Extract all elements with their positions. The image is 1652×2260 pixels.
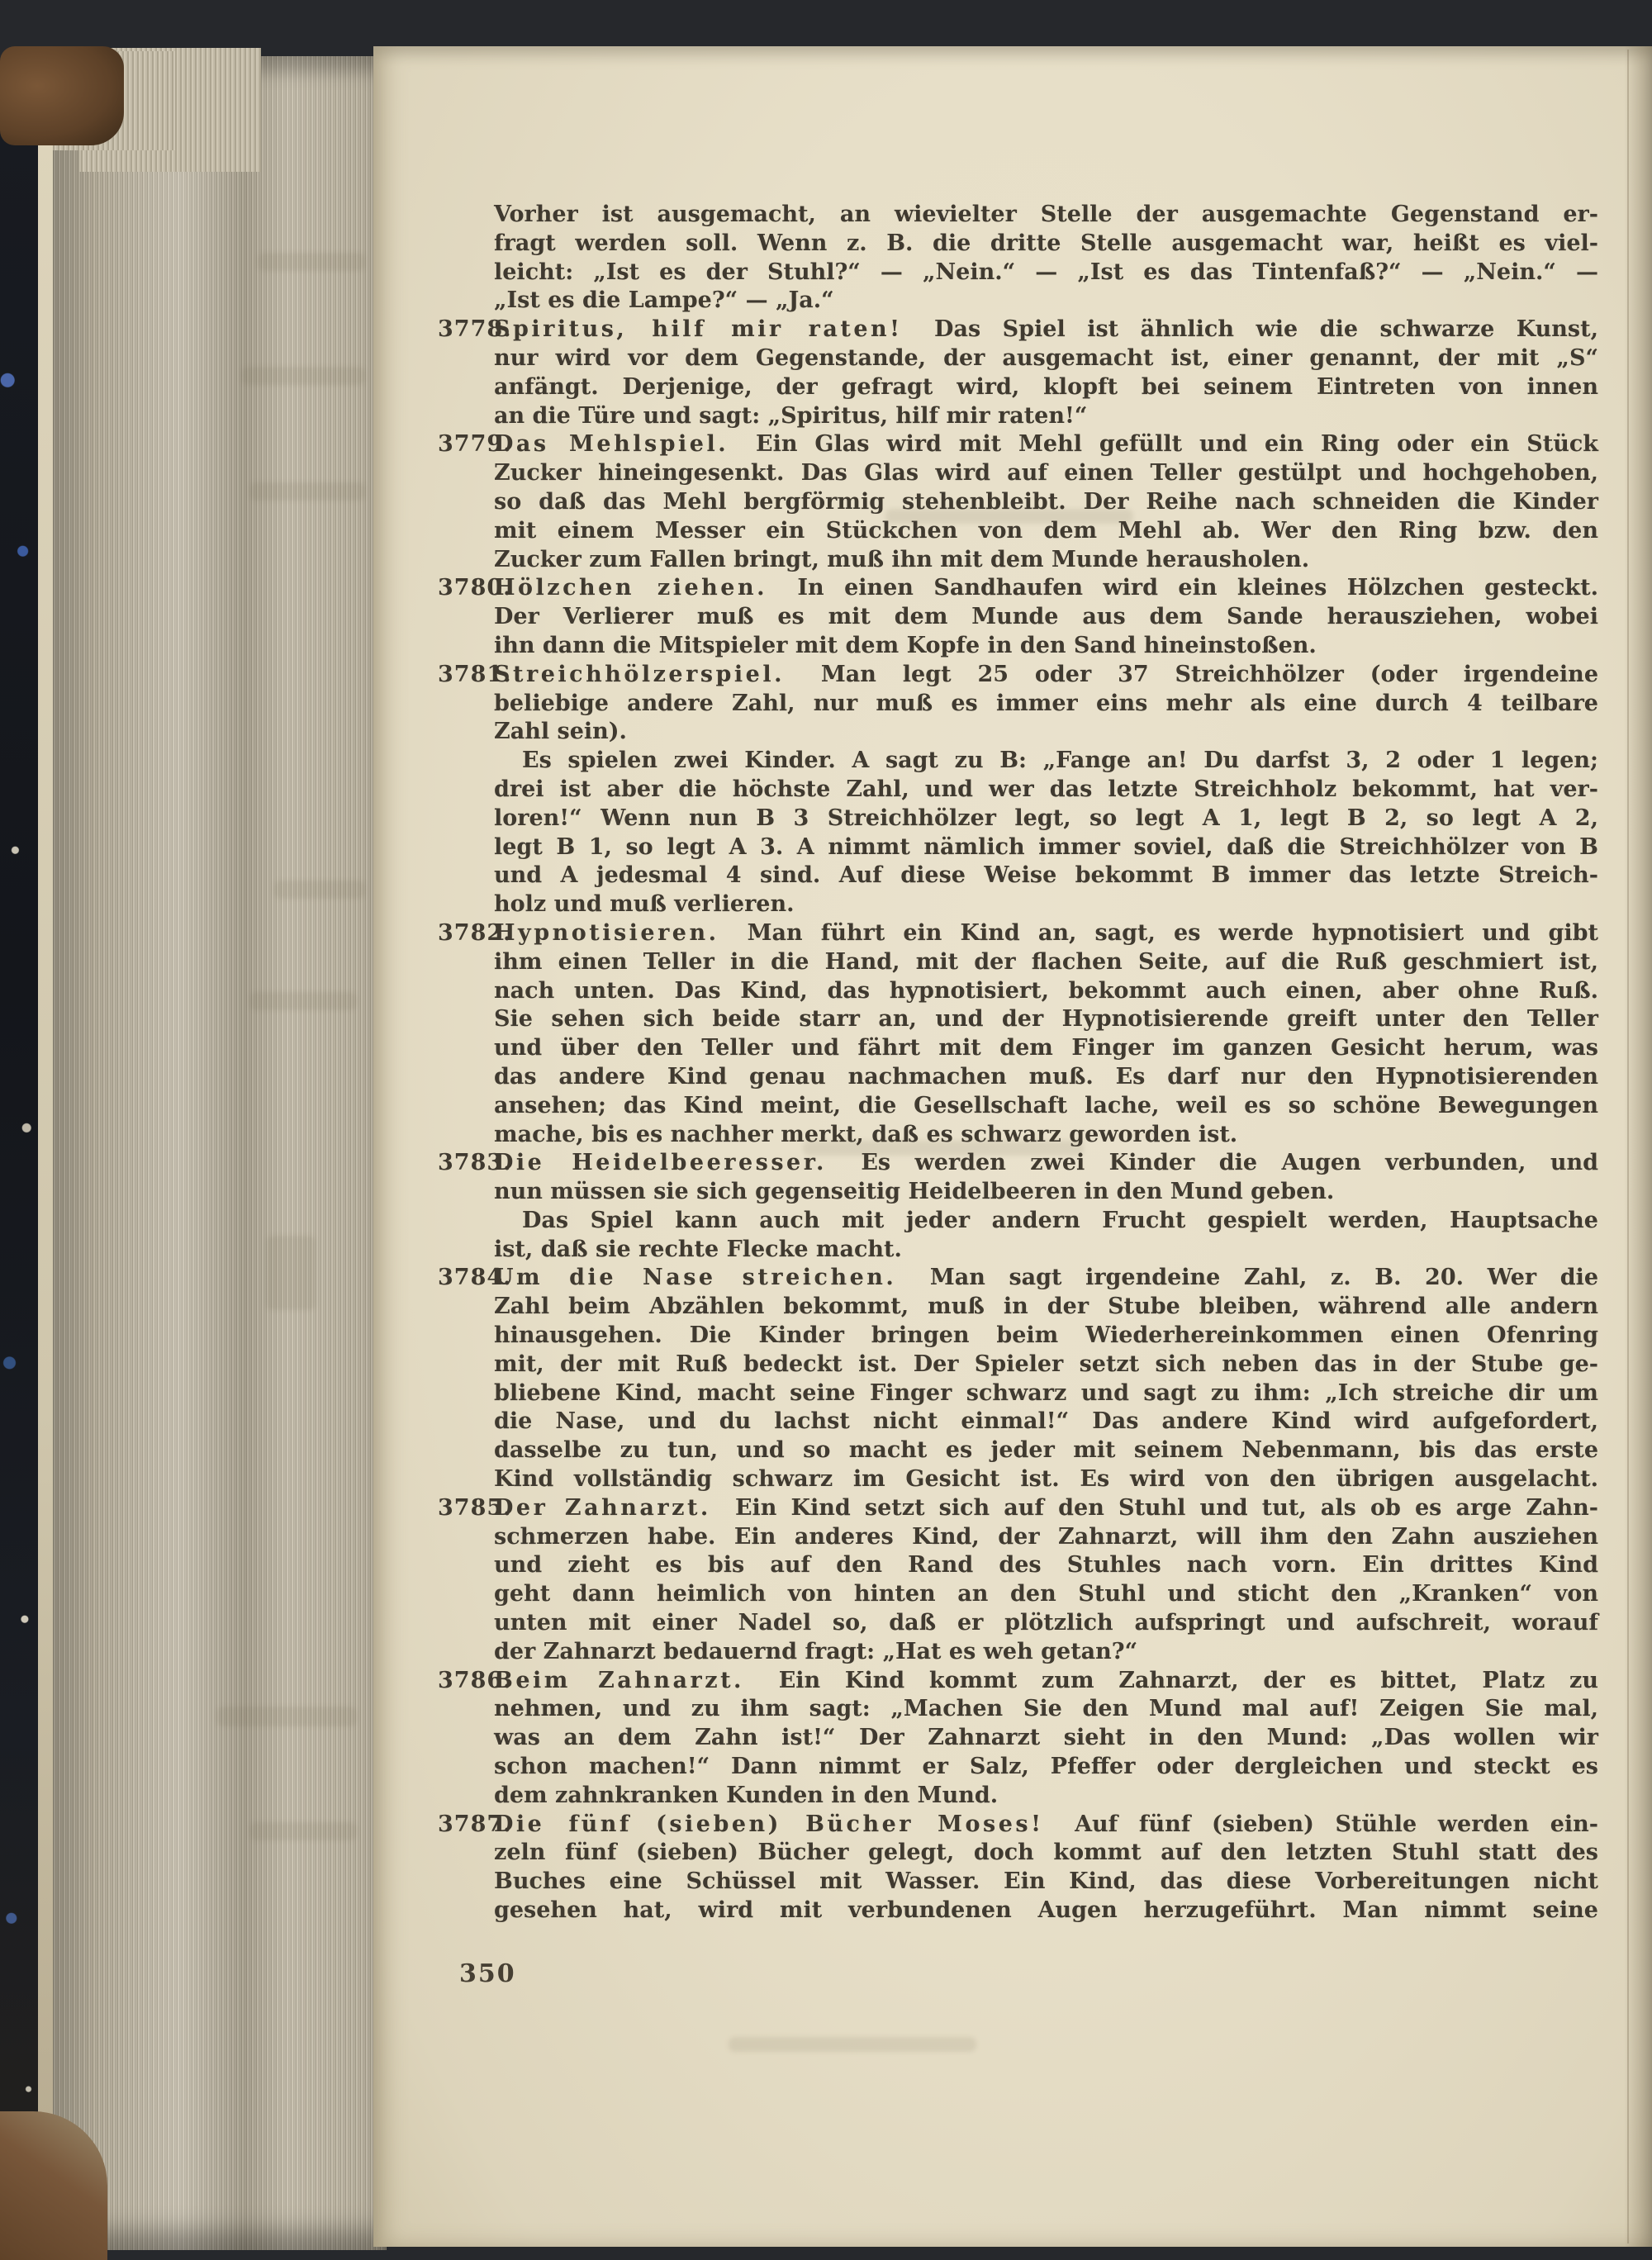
line-text: Ein Glas wird mit Mehl gefüllt und ein R… xyxy=(756,431,1598,457)
line-text: Der Verlierer muß es mit dem Munde aus d… xyxy=(494,604,1598,629)
entry-heading: Beim Zahnarzt. xyxy=(494,1668,744,1693)
line-text: schmerzen habe. Ein anderes Kind, der Za… xyxy=(494,1524,1598,1550)
line-text: Vorher ist ausgemacht, an wievielter Ste… xyxy=(494,202,1598,227)
show-through-mark xyxy=(249,992,357,1010)
line-text: Zahl beim Abzählen bekommt, muß in der S… xyxy=(494,1294,1598,1319)
show-through-mark xyxy=(266,1236,316,1310)
line-text: In einen Sandhaufen wird ein kleines Höl… xyxy=(797,575,1598,601)
gutter-crease-line xyxy=(1627,50,1629,2243)
show-through-mark xyxy=(258,253,365,271)
line-text: Ein Kind kommt zum Zahnarzt, der es bitt… xyxy=(779,1668,1598,1693)
line-text: Kind vollständig schwarz im Gesicht ist.… xyxy=(494,1466,1598,1492)
line-text: Man sagt irgendeine Zahl, z. B. 20. Wer … xyxy=(930,1265,1598,1290)
line-text: mache, bis es nachher merkt, daß es schw… xyxy=(494,1122,1237,1147)
text-line: 3783.Die Heidelbeeresser. Es werden zwei… xyxy=(438,1149,1598,1178)
entry-heading: Hypnotisieren. xyxy=(494,920,719,946)
text-line: ihm einen Teller in die Hand, mit der fl… xyxy=(438,948,1598,977)
line-text: an die Türe und sagt: „Spiritus, hilf mi… xyxy=(494,403,1087,429)
text-line: 3784.Um die Nase streichen. Man sagt irg… xyxy=(438,1264,1598,1293)
line-text: dem zahnkranken Kunden in den Mund. xyxy=(494,1783,998,1808)
line-text: legt B 1, so legt A 3. A nimmt nämlich i… xyxy=(494,834,1598,860)
show-through-mark xyxy=(241,367,365,385)
text-line: das andere Kind genau nachmachen muß. Es… xyxy=(438,1063,1598,1092)
line-text: Ein Kind setzt sich auf den Stuhl und tu… xyxy=(735,1495,1598,1521)
line-text: nach unten. Das Kind, das hypnotisiert, … xyxy=(494,978,1598,1004)
text-line: mache, bis es nachher merkt, daß es schw… xyxy=(438,1121,1598,1150)
text-line: Zahl beim Abzählen bekommt, muß in der S… xyxy=(438,1293,1598,1322)
text-line: ansehen; das Kind meint, die Gesellschaf… xyxy=(438,1092,1598,1121)
text-line: drei ist aber die höchste Zahl, und wer … xyxy=(438,776,1598,805)
text-line: beliebige andere Zahl, nur muß es immer … xyxy=(438,690,1598,719)
line-text: nun müssen sie sich gegenseitig Heidelbe… xyxy=(494,1179,1334,1204)
text-line: 3778.Spiritus, hilf mir raten! Das Spiel… xyxy=(438,316,1598,344)
line-text: holz und muß verlieren. xyxy=(494,891,795,917)
text-line: schon machen!“ Dann nimmt er Salz, Pfeff… xyxy=(438,1753,1598,1782)
text-line: schmerzen habe. Ein anderes Kind, der Za… xyxy=(438,1523,1598,1552)
text-line: nehmen, und zu ihm sagt: „Machen Sie den… xyxy=(438,1695,1598,1724)
text-line: geht dann heimlich von hinten an den Stu… xyxy=(438,1580,1598,1609)
show-through-mark xyxy=(274,881,365,899)
entry-number: 3779. xyxy=(438,430,512,459)
text-line: Das Spiel kann auch mit jeder andern Fru… xyxy=(438,1207,1598,1236)
entry-number: 3778. xyxy=(438,316,512,344)
text-line: Zahl sein). xyxy=(438,718,1598,747)
text-line: unten mit einer Nadel so, daß er plötzli… xyxy=(438,1609,1598,1638)
text-line: zeln fünf (sieben) Bücher gelegt, doch k… xyxy=(438,1839,1598,1868)
line-text: Sie sehen sich beide starr an, und der H… xyxy=(494,1006,1598,1032)
line-text: Auf fünf (sieben) Stühle werden ein- xyxy=(1075,1811,1598,1837)
text-line: Kind vollständig schwarz im Gesicht ist.… xyxy=(438,1465,1598,1494)
line-text: mit einem Messer ein Stückchen von dem M… xyxy=(494,518,1598,544)
text-line: 3779.Das Mehlspiel. Ein Glas wird mit Me… xyxy=(438,430,1598,459)
entry-heading: Der Zahnarzt. xyxy=(494,1495,711,1521)
text-line: an die Türe und sagt: „Spiritus, hilf mi… xyxy=(438,402,1598,431)
line-text: leicht: „Ist es der Stuhl?“ — „Nein.“ — … xyxy=(494,259,1598,285)
line-text: hinausgehen. Die Kinder bringen beim Wie… xyxy=(494,1322,1598,1348)
text-line: Zucker zum Fallen bringt, muß ihn mit de… xyxy=(438,546,1598,575)
line-text: die Nase, und du lachst nicht einmal!“ D… xyxy=(494,1408,1598,1434)
line-text: Zahl sein). xyxy=(494,719,627,744)
line-text: unten mit einer Nadel so, daß er plötzli… xyxy=(494,1610,1598,1636)
entry-heading: Hölzchen ziehen. xyxy=(494,575,767,601)
entry-number: 3780. xyxy=(438,574,512,603)
line-text: Das Spiel ist ähnlich wie die schwarze K… xyxy=(934,316,1598,342)
line-text: ist, daß sie rechte Flecke macht. xyxy=(494,1237,902,1262)
line-text: Buches eine Schüssel mit Wasser. Ein Kin… xyxy=(494,1868,1598,1894)
text-line: was an dem Zahn ist!“ Der Zahnarzt sieht… xyxy=(438,1724,1598,1753)
line-text: bliebene Kind, macht seine Finger schwar… xyxy=(494,1380,1598,1406)
line-text: so daß das Mehl bergförmig stehenbleibt.… xyxy=(494,489,1598,515)
entry-heading: Um die Nase streichen. xyxy=(494,1265,896,1290)
line-text: Man legt 25 oder 37 Streichhölzer (oder … xyxy=(821,662,1598,687)
text-line: Zucker hineingesenkt. Das Glas wird auf … xyxy=(438,459,1598,488)
text-line: 3782.Hypnotisieren. Man führt ein Kind a… xyxy=(438,919,1598,948)
text-line: mit einem Messer ein Stückchen von dem M… xyxy=(438,517,1598,546)
text-line: 3781.Streichhölzerspiel. Man legt 25 ode… xyxy=(438,661,1598,690)
line-text: gesehen hat, wird mit verbundenen Augen … xyxy=(494,1897,1598,1923)
text-line: dem zahnkranken Kunden in den Mund. xyxy=(438,1782,1598,1811)
line-text: anfängt. Derjenige, der gefragt wird, kl… xyxy=(494,374,1598,400)
text-block: Vorher ist ausgemacht, an wievielter Ste… xyxy=(438,201,1598,1925)
text-line: 3787.Die fünf (sieben) Bücher Moses! Auf… xyxy=(438,1811,1598,1840)
text-line: so daß das Mehl bergförmig stehenbleibt.… xyxy=(438,488,1598,517)
text-line: 3785.Der Zahnarzt. Ein Kind setzt sich a… xyxy=(438,1494,1598,1523)
text-line: Buches eine Schüssel mit Wasser. Ein Kin… xyxy=(438,1868,1598,1897)
text-line: Sie sehen sich beide starr an, und der H… xyxy=(438,1005,1598,1034)
line-text: Das Spiel kann auch mit jeder andern Fru… xyxy=(522,1208,1598,1233)
page-fore-edges xyxy=(31,56,387,2250)
line-text: Man führt ein Kind an, sagt, es werde hy… xyxy=(748,920,1598,946)
text-line: ihn dann die Mitspieler mit dem Kopfe in… xyxy=(438,632,1598,661)
book-headband xyxy=(0,46,124,145)
line-text: ansehen; das Kind meint, die Gesellschaf… xyxy=(494,1093,1598,1118)
line-text: Es werden zwei Kinder die Augen verbunde… xyxy=(861,1150,1598,1175)
text-line: anfängt. Derjenige, der gefragt wird, kl… xyxy=(438,373,1598,402)
text-line: gesehen hat, wird mit verbundenen Augen … xyxy=(438,1897,1598,1925)
text-line: legt B 1, so legt A 3. A nimmt nämlich i… xyxy=(438,833,1598,862)
line-text: dasselbe zu tun, und so macht es jeder m… xyxy=(494,1437,1598,1463)
text-line: und zieht es bis auf den Rand des Stuhle… xyxy=(438,1551,1598,1580)
text-line: Vorher ist ausgemacht, an wievielter Ste… xyxy=(438,201,1598,230)
line-text: was an dem Zahn ist!“ Der Zahnarzt sieht… xyxy=(494,1725,1598,1750)
line-text: nur wird vor dem Gegenstande, der ausgem… xyxy=(494,345,1598,371)
entry-number: 3783. xyxy=(438,1149,512,1178)
text-line: Der Verlierer muß es mit dem Munde aus d… xyxy=(438,603,1598,632)
text-line: nur wird vor dem Gegenstande, der ausgem… xyxy=(438,344,1598,373)
text-line: leicht: „Ist es der Stuhl?“ — „Nein.“ — … xyxy=(438,259,1598,287)
entry-heading: Streichhölzerspiel. xyxy=(494,662,785,687)
text-line: „Ist es die Lampe?“ — „Ja.“ xyxy=(438,287,1598,316)
line-text: drei ist aber die höchste Zahl, und wer … xyxy=(494,776,1598,802)
entry-number: 3787. xyxy=(438,1811,512,1840)
text-line: und A jedesmal 4 sind. Auf diese Weise b… xyxy=(438,862,1598,890)
line-text: beliebige andere Zahl, nur muß es immer … xyxy=(494,691,1598,716)
line-text: mit, der mit Ruß bedeckt ist. Der Spiele… xyxy=(494,1351,1598,1377)
entry-number: 3786. xyxy=(438,1667,512,1696)
show-through-mark xyxy=(249,482,365,501)
entry-number: 3785. xyxy=(438,1494,512,1523)
line-text: fragt werden soll. Wenn z. B. die dritte… xyxy=(494,230,1598,256)
line-text: und zieht es bis auf den Rand des Stuhle… xyxy=(494,1552,1598,1578)
show-through-mark xyxy=(729,2037,976,2052)
line-text: und über den Teller und fährt mit dem Fi… xyxy=(494,1035,1598,1061)
text-line: und über den Teller und fährt mit dem Fi… xyxy=(438,1034,1598,1063)
text-line: 3786.Beim Zahnarzt. Ein Kind kommt zum Z… xyxy=(438,1667,1598,1696)
line-text: Es spielen zwei Kinder. A sagt zu B: „Fa… xyxy=(522,748,1598,773)
line-text: ihn dann die Mitspieler mit dem Kopfe in… xyxy=(494,633,1317,658)
text-line: nach unten. Das Kind, das hypnotisiert, … xyxy=(438,977,1598,1006)
text-line: dasselbe zu tun, und so macht es jeder m… xyxy=(438,1436,1598,1465)
text-line: loren!“ Wenn nun B 3 Streichhölzer legt,… xyxy=(438,805,1598,833)
text-line: 3780.Hölzchen ziehen. In einen Sandhaufe… xyxy=(438,574,1598,603)
line-text: zeln fünf (sieben) Bücher gelegt, doch k… xyxy=(494,1840,1598,1865)
text-line: hinausgehen. Die Kinder bringen beim Wie… xyxy=(438,1322,1598,1351)
entry-number: 3784. xyxy=(438,1264,512,1293)
text-line: Es spielen zwei Kinder. A sagt zu B: „Fa… xyxy=(438,747,1598,776)
line-text: das andere Kind genau nachmachen muß. Es… xyxy=(494,1064,1598,1090)
text-line: holz und muß verlieren. xyxy=(438,890,1598,919)
text-line: die Nase, und du lachst nicht einmal!“ D… xyxy=(438,1408,1598,1436)
line-text: geht dann heimlich von hinten an den Stu… xyxy=(494,1581,1598,1607)
line-text: Zucker zum Fallen bringt, muß ihn mit de… xyxy=(494,547,1309,572)
entry-heading: Das Mehlspiel. xyxy=(494,431,729,457)
line-text: nehmen, und zu ihm sagt: „Machen Sie den… xyxy=(494,1696,1598,1721)
entry-number: 3782. xyxy=(438,919,512,948)
scanned-book-photo: Vorher ist ausgemacht, an wievielter Ste… xyxy=(0,0,1652,2260)
line-text: und A jedesmal 4 sind. Auf diese Weise b… xyxy=(494,862,1598,888)
entry-heading: Die Heidelbeeresser. xyxy=(494,1150,827,1175)
cover-inner-edge xyxy=(38,132,53,2260)
text-line: ist, daß sie rechte Flecke macht. xyxy=(438,1236,1598,1265)
text-line: fragt werden soll. Wenn z. B. die dritte… xyxy=(438,230,1598,259)
line-text: loren!“ Wenn nun B 3 Streichhölzer legt,… xyxy=(494,805,1598,831)
entry-number: 3781. xyxy=(438,661,512,690)
text-line: bliebene Kind, macht seine Finger schwar… xyxy=(438,1379,1598,1408)
line-text: „Ist es die Lampe?“ — „Ja.“ xyxy=(494,287,834,313)
text-line: mit, der mit Ruß bedeckt ist. Der Spiele… xyxy=(438,1351,1598,1379)
line-text: der Zahnarzt bedauernd fragt: „Hat es we… xyxy=(494,1639,1137,1664)
line-text: Zucker hineingesenkt. Das Glas wird auf … xyxy=(494,460,1598,486)
text-line: nun müssen sie sich gegenseitig Heidelbe… xyxy=(438,1178,1598,1207)
show-through-mark xyxy=(216,1707,357,1726)
book-cover-marbled xyxy=(0,124,38,2260)
line-text: schon machen!“ Dann nimmt er Salz, Pfeff… xyxy=(494,1754,1598,1779)
entry-heading: Spiritus, hilf mir raten! xyxy=(494,316,903,342)
page-number: 350 xyxy=(459,1959,516,1988)
line-text: ihm einen Teller in die Hand, mit der fl… xyxy=(494,949,1598,975)
entry-heading: Die fünf (sieben) Bücher Moses! xyxy=(494,1811,1043,1837)
text-line: der Zahnarzt bedauernd fragt: „Hat es we… xyxy=(438,1638,1598,1667)
show-through-mark xyxy=(249,1822,357,1840)
